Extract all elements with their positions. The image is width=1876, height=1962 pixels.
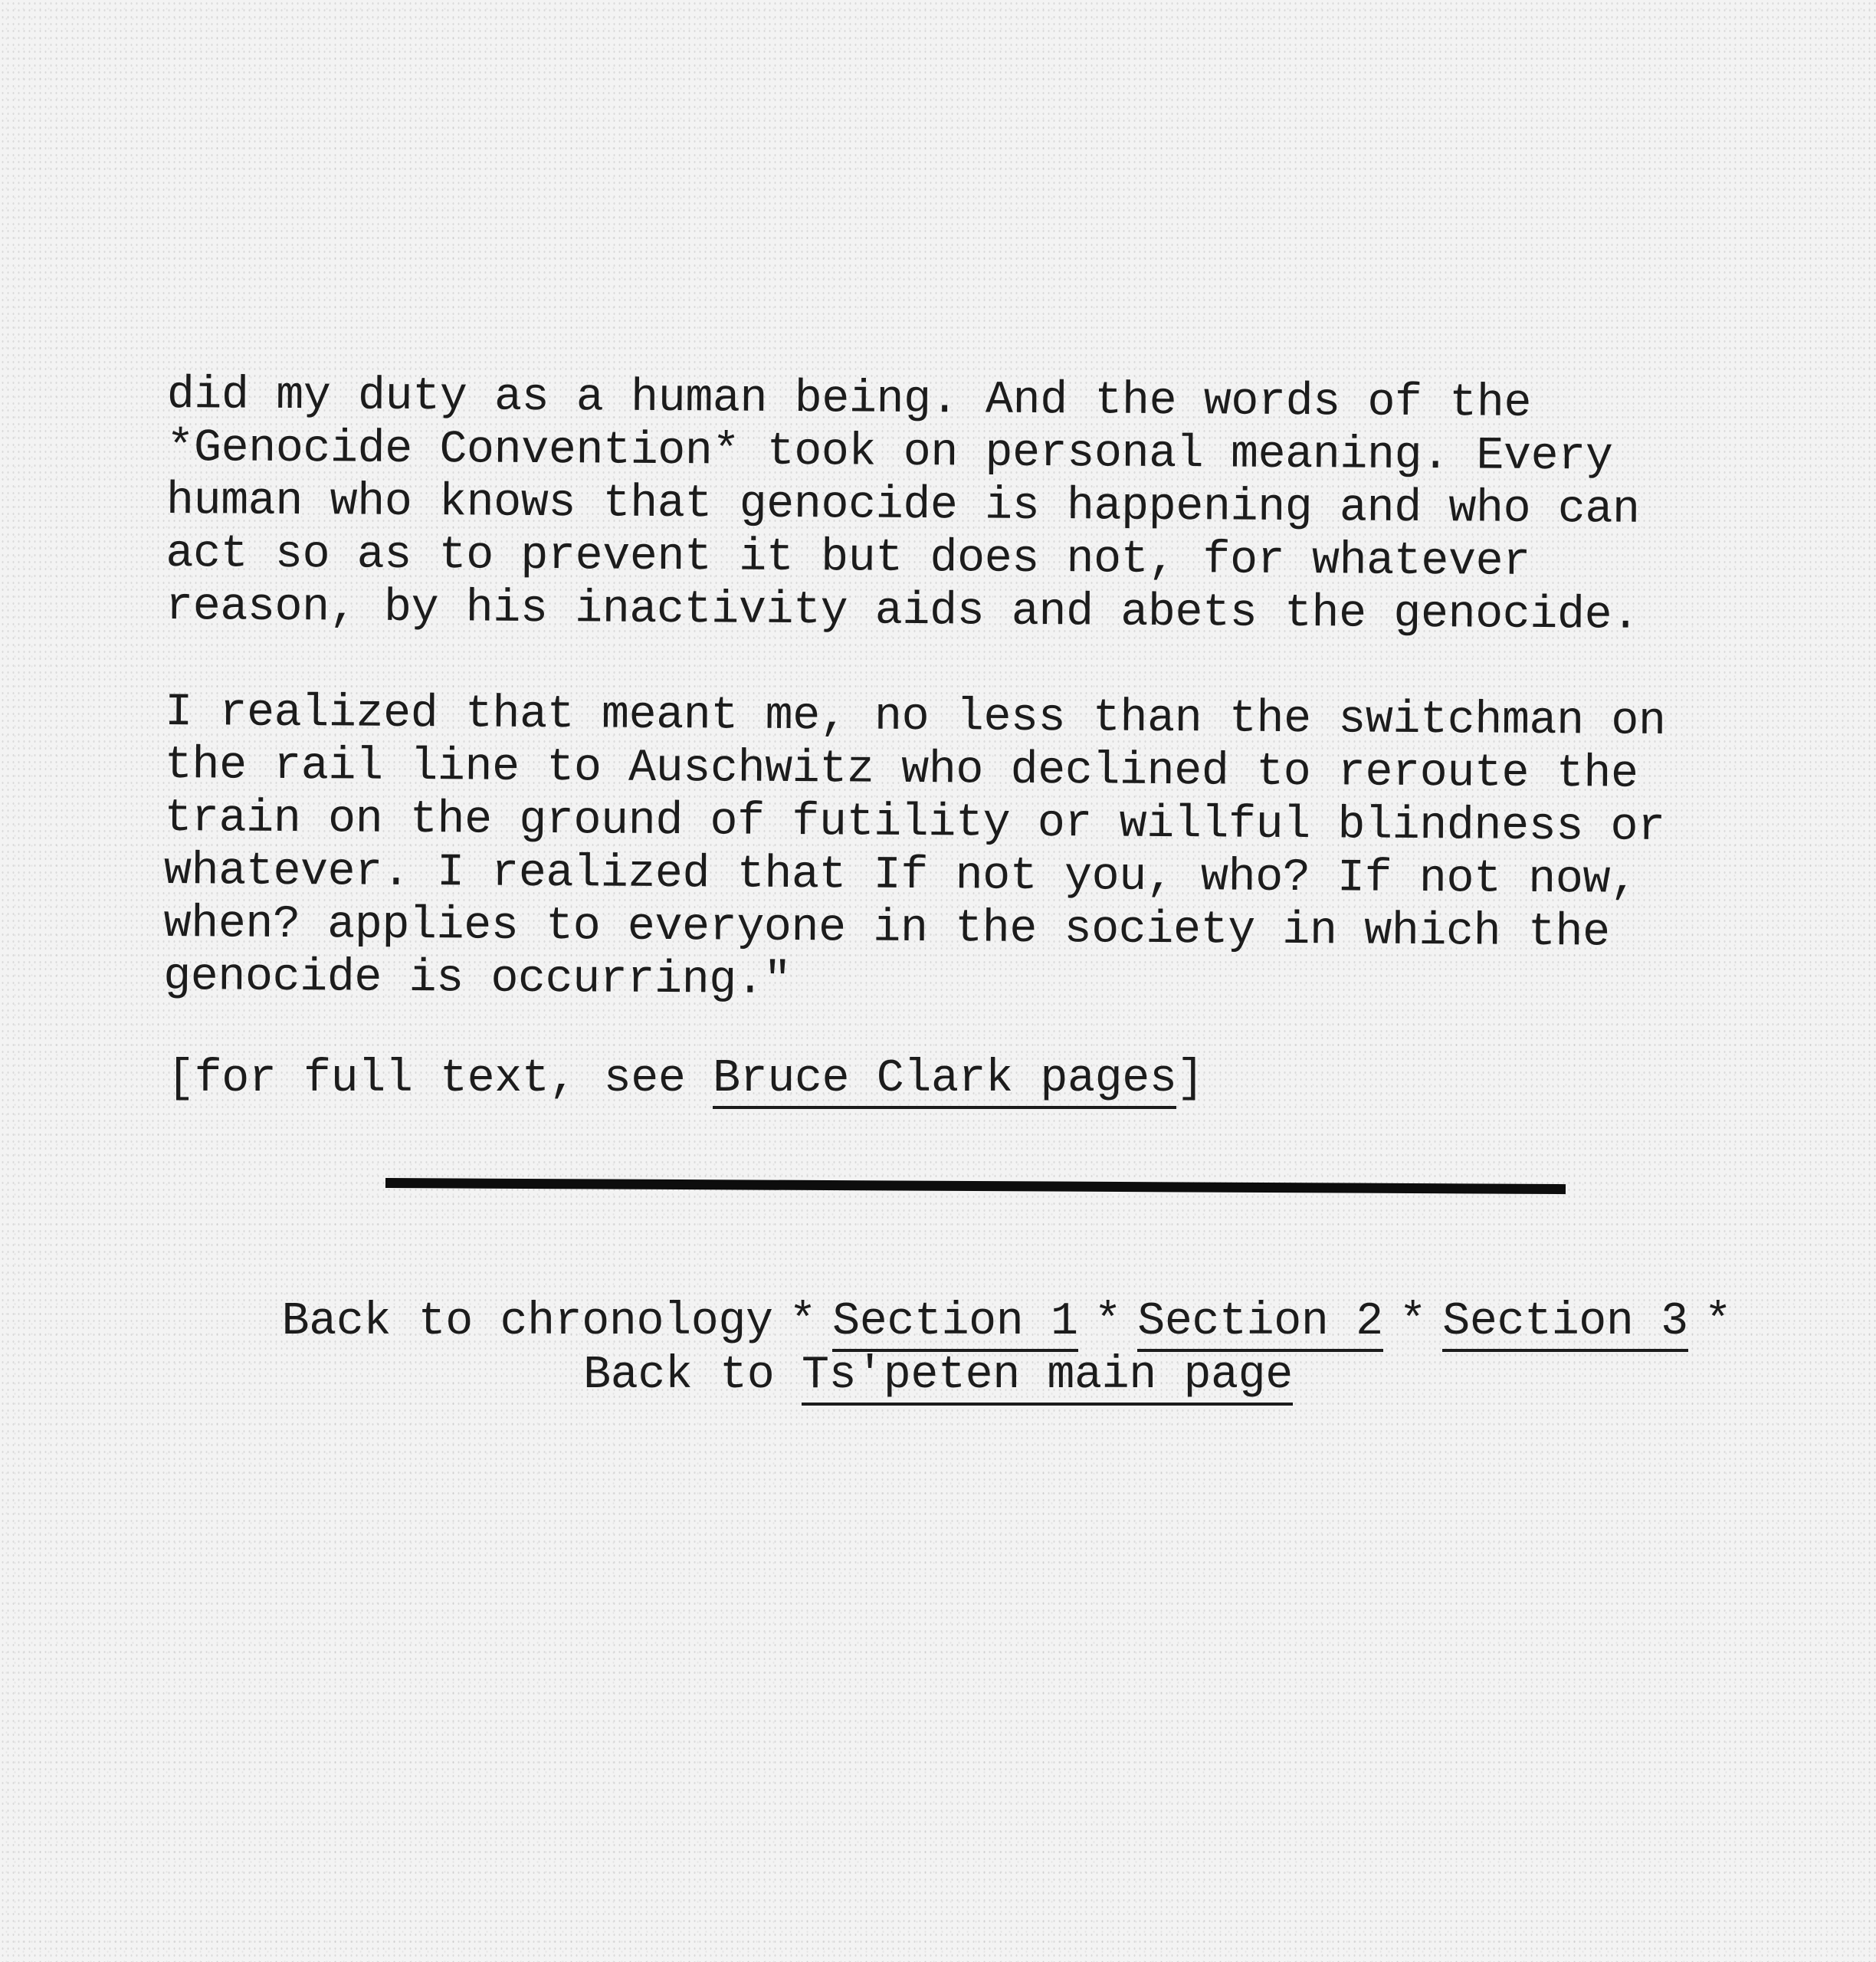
quote-line: train on the ground of futility or willf… [164,792,1789,855]
nav-separator: * [773,1296,833,1348]
quote-block: did my duty as a human being. And the wo… [163,369,1792,1014]
nav-separator: * [1383,1296,1443,1348]
horizontal-rule [385,1178,1566,1194]
quote-line: reason, by his inactivity aids and abets… [166,581,1790,644]
section-2-link[interactable]: Section 2 [1137,1296,1382,1352]
quote-paragraph-2: I realized that meant me, no less than t… [163,687,1789,1014]
quote-line: genocide is occurring." [163,951,1788,1014]
quote-line: the rail line to Auschwitz who declined … [165,740,1789,802]
quote-line: did my duty as a human being. And the wo… [167,369,1792,432]
nav-line-sections: Back to chronology*Section 1*Section 2*S… [0,1295,1876,1349]
quote-line: when? applies to everyone in the society… [163,898,1788,961]
nav-separator: * [1078,1296,1138,1348]
section-1-link[interactable]: Section 1 [832,1296,1077,1352]
document-page: did my duty as a human being. And the wo… [0,0,1876,1962]
paragraph-spacer [165,634,1789,697]
back-to-text: Back to [583,1350,774,1402]
quote-line: act so as to prevent it but does not, fo… [166,528,1790,591]
back-to-chronology-text: Back to chronology [282,1296,773,1348]
tspeten-main-page-link[interactable]: Ts'peten main page [802,1350,1293,1406]
nav-separator: * [1688,1296,1748,1348]
quote-line: *Genocide Convention* took on personal m… [166,422,1791,485]
quote-line: human who knows that genocide is happeni… [166,475,1791,538]
citation-suffix: ] [1176,1053,1204,1105]
quote-line: I realized that meant me, no less than t… [165,687,1789,750]
nav-line-main-page: Back to Ts'peten main page [0,1349,1876,1403]
citation-prefix: [for full text, see [167,1053,713,1105]
quote-line: whatever. I realized that If not you, wh… [164,845,1789,908]
footer-navigation: Back to chronology*Section 1*Section 2*S… [0,1295,1876,1403]
bruce-clark-pages-link[interactable]: Bruce Clark pages [713,1053,1176,1109]
quote-paragraph-1: did my duty as a human being. And the wo… [166,369,1792,644]
full-text-citation: [for full text, see Bruce Clark pages] [167,1053,1204,1106]
section-3-link[interactable]: Section 3 [1442,1296,1687,1352]
